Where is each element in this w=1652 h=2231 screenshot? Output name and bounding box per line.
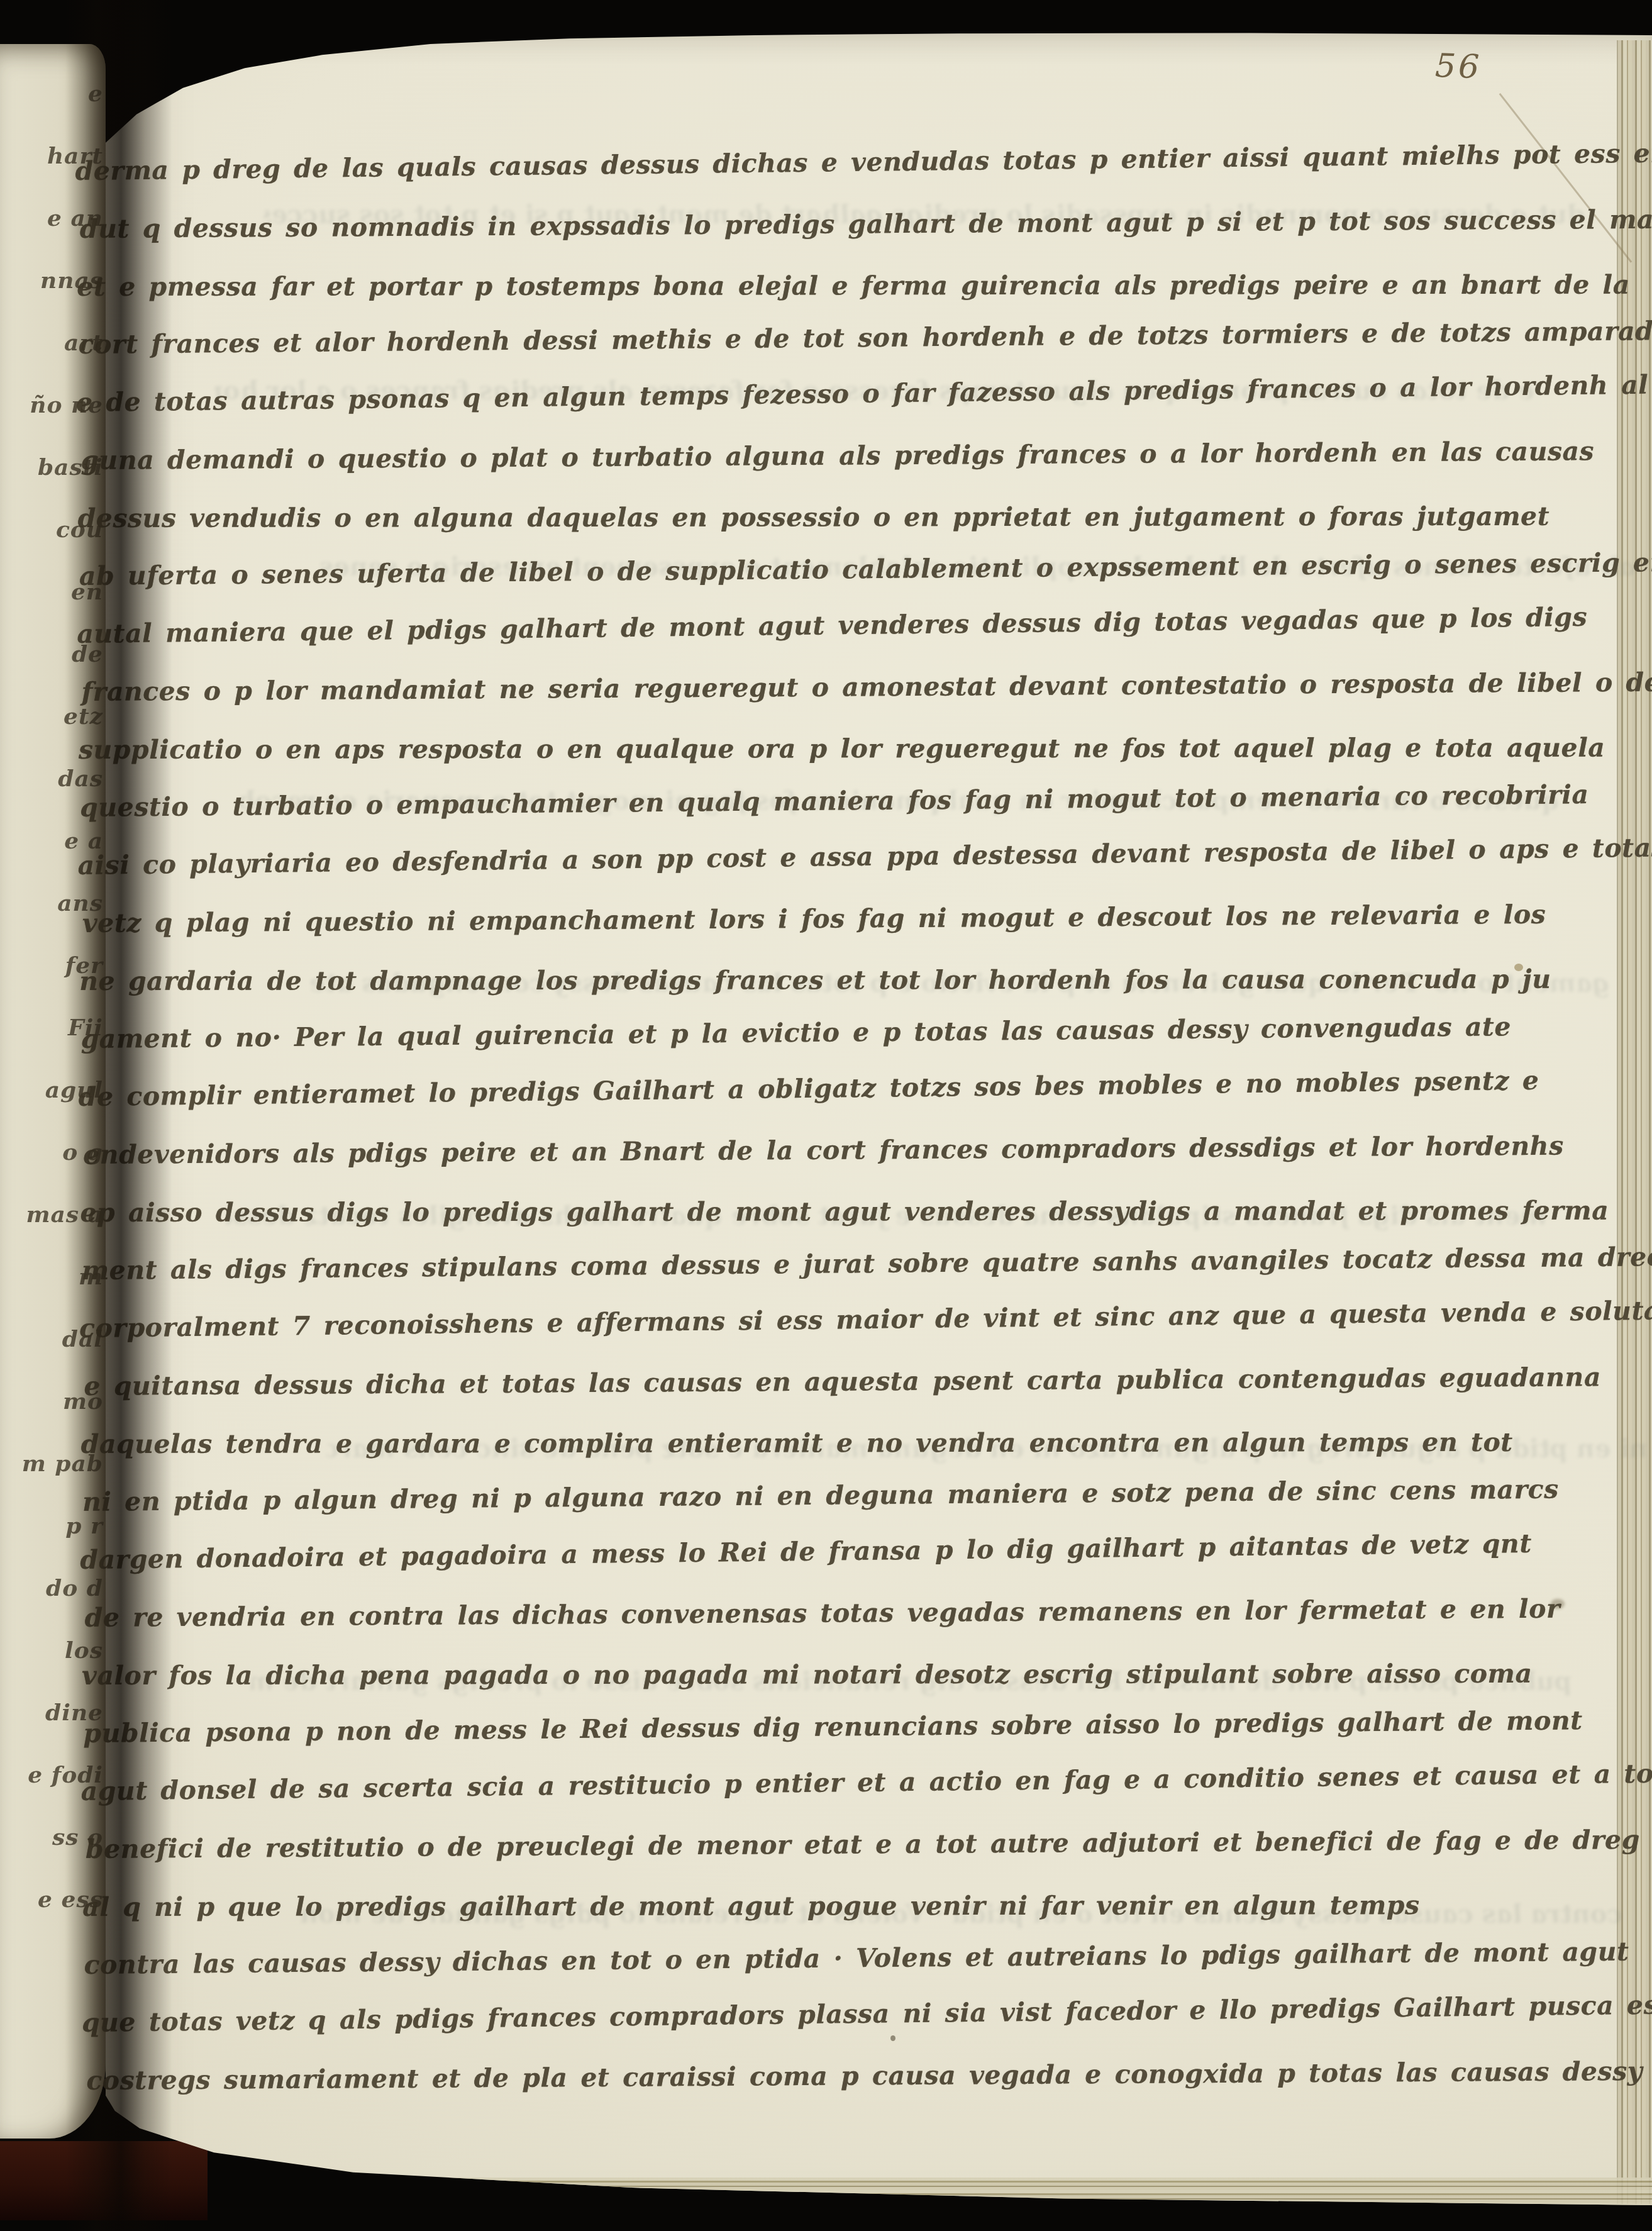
manuscript-line: guna demandi o questio o plat o turbatio… <box>80 423 1540 489</box>
manuscript-line: de re vendria en contra las dichas conve… <box>84 1580 1544 1647</box>
manuscript-line: frances o p lor mandamiat ne seria regue… <box>81 654 1541 721</box>
ink-text-layer: 56 derma p dreg de las quals causas dess… <box>0 0 1652 2231</box>
folio-number: 56 <box>1434 47 1482 87</box>
book-photograph: e hart e an nnas art ño ne basti cou en … <box>0 0 1652 2231</box>
manuscript-line: e quitansa dessus dicha et totas las cau… <box>84 1349 1543 1415</box>
manuscript-line: dut q dessus so nomnadis in expssadis lo… <box>80 191 1539 258</box>
manuscript-line: vetz q plag ni questio ni empanchament l… <box>82 886 1542 952</box>
manuscript-line: costregs sumariament et de pla et carais… <box>86 2043 1546 2110</box>
manuscript-line: benefici de restitutio o de preuclegi de… <box>86 1811 1545 1878</box>
manuscript-line: endevenidors als pdigs peire et an Bnart… <box>83 1117 1543 1184</box>
manuscript-text-block: derma p dreg de las quals causas dessus … <box>75 137 1541 2110</box>
manuscript-line: derma p dreg de las quals causas dessus … <box>75 126 1534 200</box>
